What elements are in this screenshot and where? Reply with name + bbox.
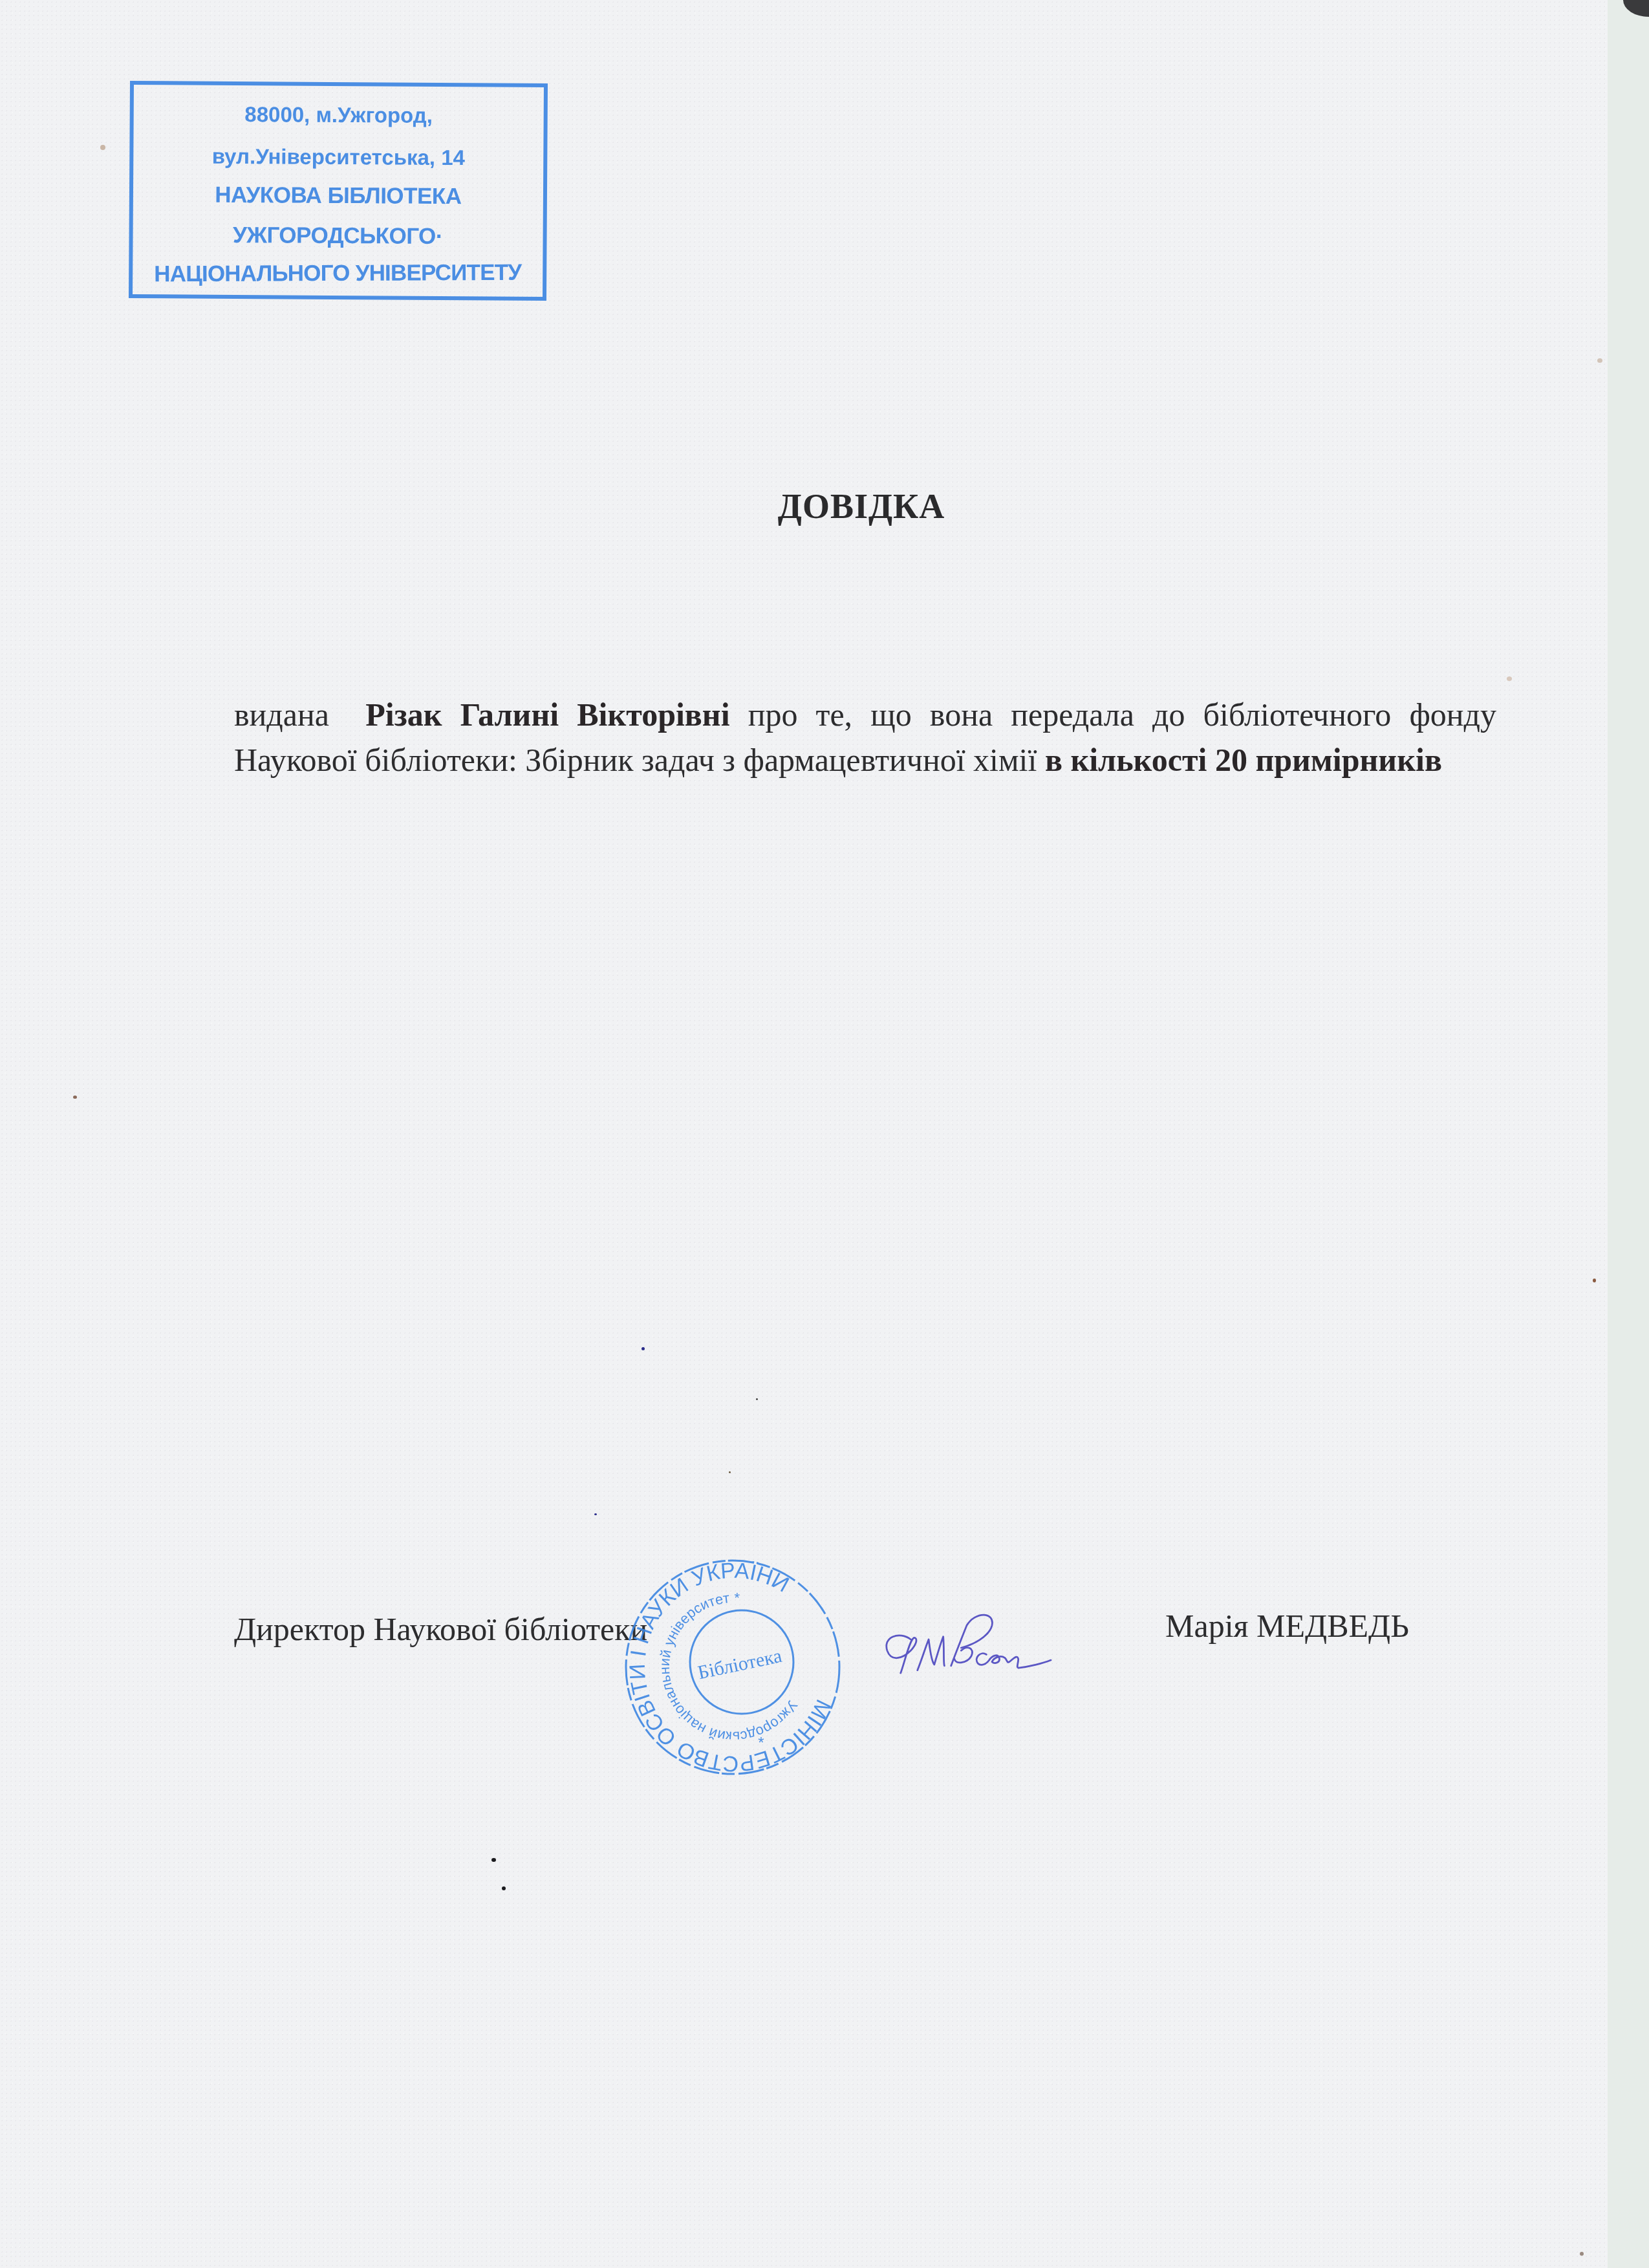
signatory-name: Марія МЕДВЕДЬ [1165,1607,1409,1645]
paper-speck [1507,676,1512,681]
stamp-university-name-2: НАЦІОНАЛЬНОГО УНІВЕРСИТЕТУ [133,260,543,288]
paper-speck [756,1398,758,1400]
signatory-position: Директор Наукової бібліотеки [234,1610,647,1648]
document-page: 88000, м.Ужгород, вул.Університетська, 1… [0,0,1608,2268]
paper-speck [641,1347,645,1350]
paper-speck [73,1096,77,1099]
library-address-stamp: 88000, м.Ужгород, вул.Університетська, 1… [129,81,548,301]
recipient-name: Різак Галині Вікторівні [365,697,729,733]
stamp-street-address: вул.Університетська, 14 [133,144,543,171]
quantity-text: в кількості 20 примірників [1045,742,1442,778]
round-seal-icon: МІНІСТЕРСТВО ОСВІТИ І НАУКИ УКРАЇНИ Ужго… [618,1551,850,1784]
stamp-postal-address: 88000, м.Ужгород, [134,102,544,129]
certificate-body: видана Різак Галині Вікторівні про те, щ… [234,692,1496,783]
handwritten-signature-icon [870,1597,1064,1681]
paper-speck [729,1471,731,1473]
paper-speck [1593,1279,1596,1282]
scanner-corner-shadow [1623,0,1649,17]
seal-center-text: Бібліотека [696,1645,784,1684]
issued-to-prefix: видана [234,697,329,733]
paper-speck [1597,358,1602,363]
paper-speck [594,1513,597,1515]
document-title: ДОВІДКА [0,486,1608,526]
seal-star: * [758,1734,764,1752]
stamp-library-name: НАУКОВА БІБЛІОТЕКА [133,182,543,210]
paper-speck [100,145,105,150]
stamp-university-name-1: УЖГОРОДСЬКОГО· [133,222,543,250]
paper-speck [1580,2252,1584,2256]
paper-speck [502,1886,506,1890]
paper-speck [491,1858,496,1862]
